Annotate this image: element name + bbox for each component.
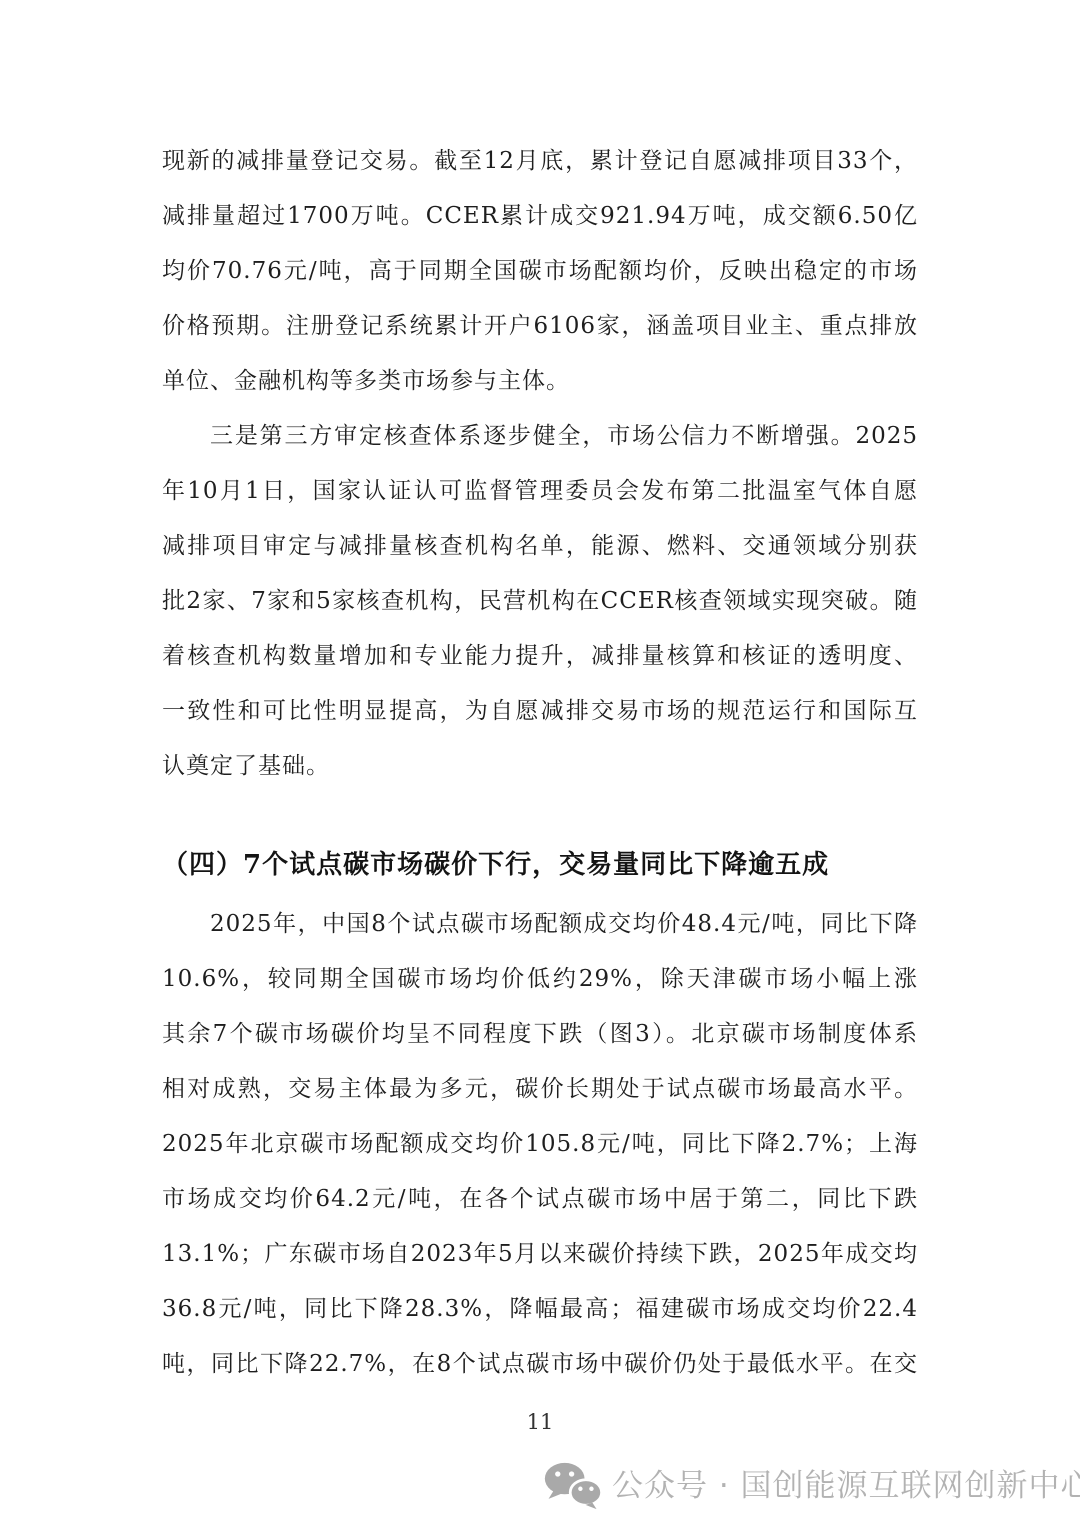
paragraph-line: 认奠定了基础。 — [162, 739, 918, 794]
page-number: 11 — [0, 1410, 1080, 1434]
paragraph-line: 三是第三方审定核查体系逐步健全，市场公信力不断增强。2025 — [162, 409, 918, 464]
paragraph-line: 一致性和可比性明显提高，为自愿减排交易市场的规范运行和国际互 — [162, 684, 918, 739]
watermark-footer: 公众号 · 国创能源互联网创新中心 — [543, 1462, 1080, 1510]
section-heading: （四）7个试点碳市场碳价下行，交易量同比下降逾五成 — [162, 838, 918, 893]
paragraph-line: 市场成交均价64.2元/吨，在各个试点碳市场中居于第二，同比下跌 — [162, 1172, 918, 1227]
paragraph-line: 2025年北京碳市场配额成交均价105.8元/吨，同比下降2.7%；上海碳 — [162, 1117, 918, 1172]
paragraph-line: 吨，同比下降22.7%，在8个试点碳市场中碳价仍处于最低水平。在交 — [162, 1337, 918, 1392]
document-body: 现新的减排量登记交易。截至12月底，累计登记自愿减排项目33个， 减排量超过17… — [162, 134, 918, 1392]
paragraph-line: 相对成熟，交易主体最为多元，碳价长期处于试点碳市场最高水平。 — [162, 1062, 918, 1117]
paragraph-line: 13.1%；广东碳市场自2023年5月以来碳价持续下跌，2025年成交均价 — [162, 1227, 918, 1282]
paragraph-line: 其余7个碳市场碳价均呈不同程度下跌（图3）。北京碳市场制度体系 — [162, 1007, 918, 1062]
paragraph-line: 36.8元/吨，同比下降28.3%，降幅最高；福建碳市场成交均价22.4元/ — [162, 1282, 918, 1337]
paragraph-line: 减排量超过1700万吨。CCER累计成交921.94万吨，成交额6.50亿元， — [162, 189, 918, 244]
paragraph-line: 着核查机构数量增加和专业能力提升，减排量核算和核证的透明度、 — [162, 629, 918, 684]
paragraph-line: 价格预期。注册登记系统累计开户6106家，涵盖项目业主、重点排放 — [162, 299, 918, 354]
watermark-text: 公众号 · 国创能源互联网创新中心 — [612, 1462, 1080, 1510]
paragraph-line: 均价70.76元/吨，高于同期全国碳市场配额均价，反映出稳定的市场 — [162, 244, 918, 299]
paragraph-line: 年10月1日，国家认证认可监督管理委员会发布第二批温室气体自愿 — [162, 464, 918, 519]
paragraph-line: 减排项目审定与减排量核查机构名单，能源、燃料、交通领域分别获 — [162, 519, 918, 574]
paragraph-line: 批2家、7家和5家核查机构，民营机构在CCER核查领域实现突破。随 — [162, 574, 918, 629]
paragraph-line: 单位、金融机构等多类市场参与主体。 — [162, 354, 918, 409]
paragraph-line: 2025年，中国8个试点碳市场配额成交均价48.4元/吨，同比下降 — [162, 897, 918, 952]
wechat-icon — [543, 1462, 603, 1510]
paragraph-line: 10.6%，较同期全国碳市场均价低约29%，除天津碳市场小幅上涨外， — [162, 952, 918, 1007]
paragraph-line: 现新的减排量登记交易。截至12月底，累计登记自愿减排项目33个， — [162, 134, 918, 189]
